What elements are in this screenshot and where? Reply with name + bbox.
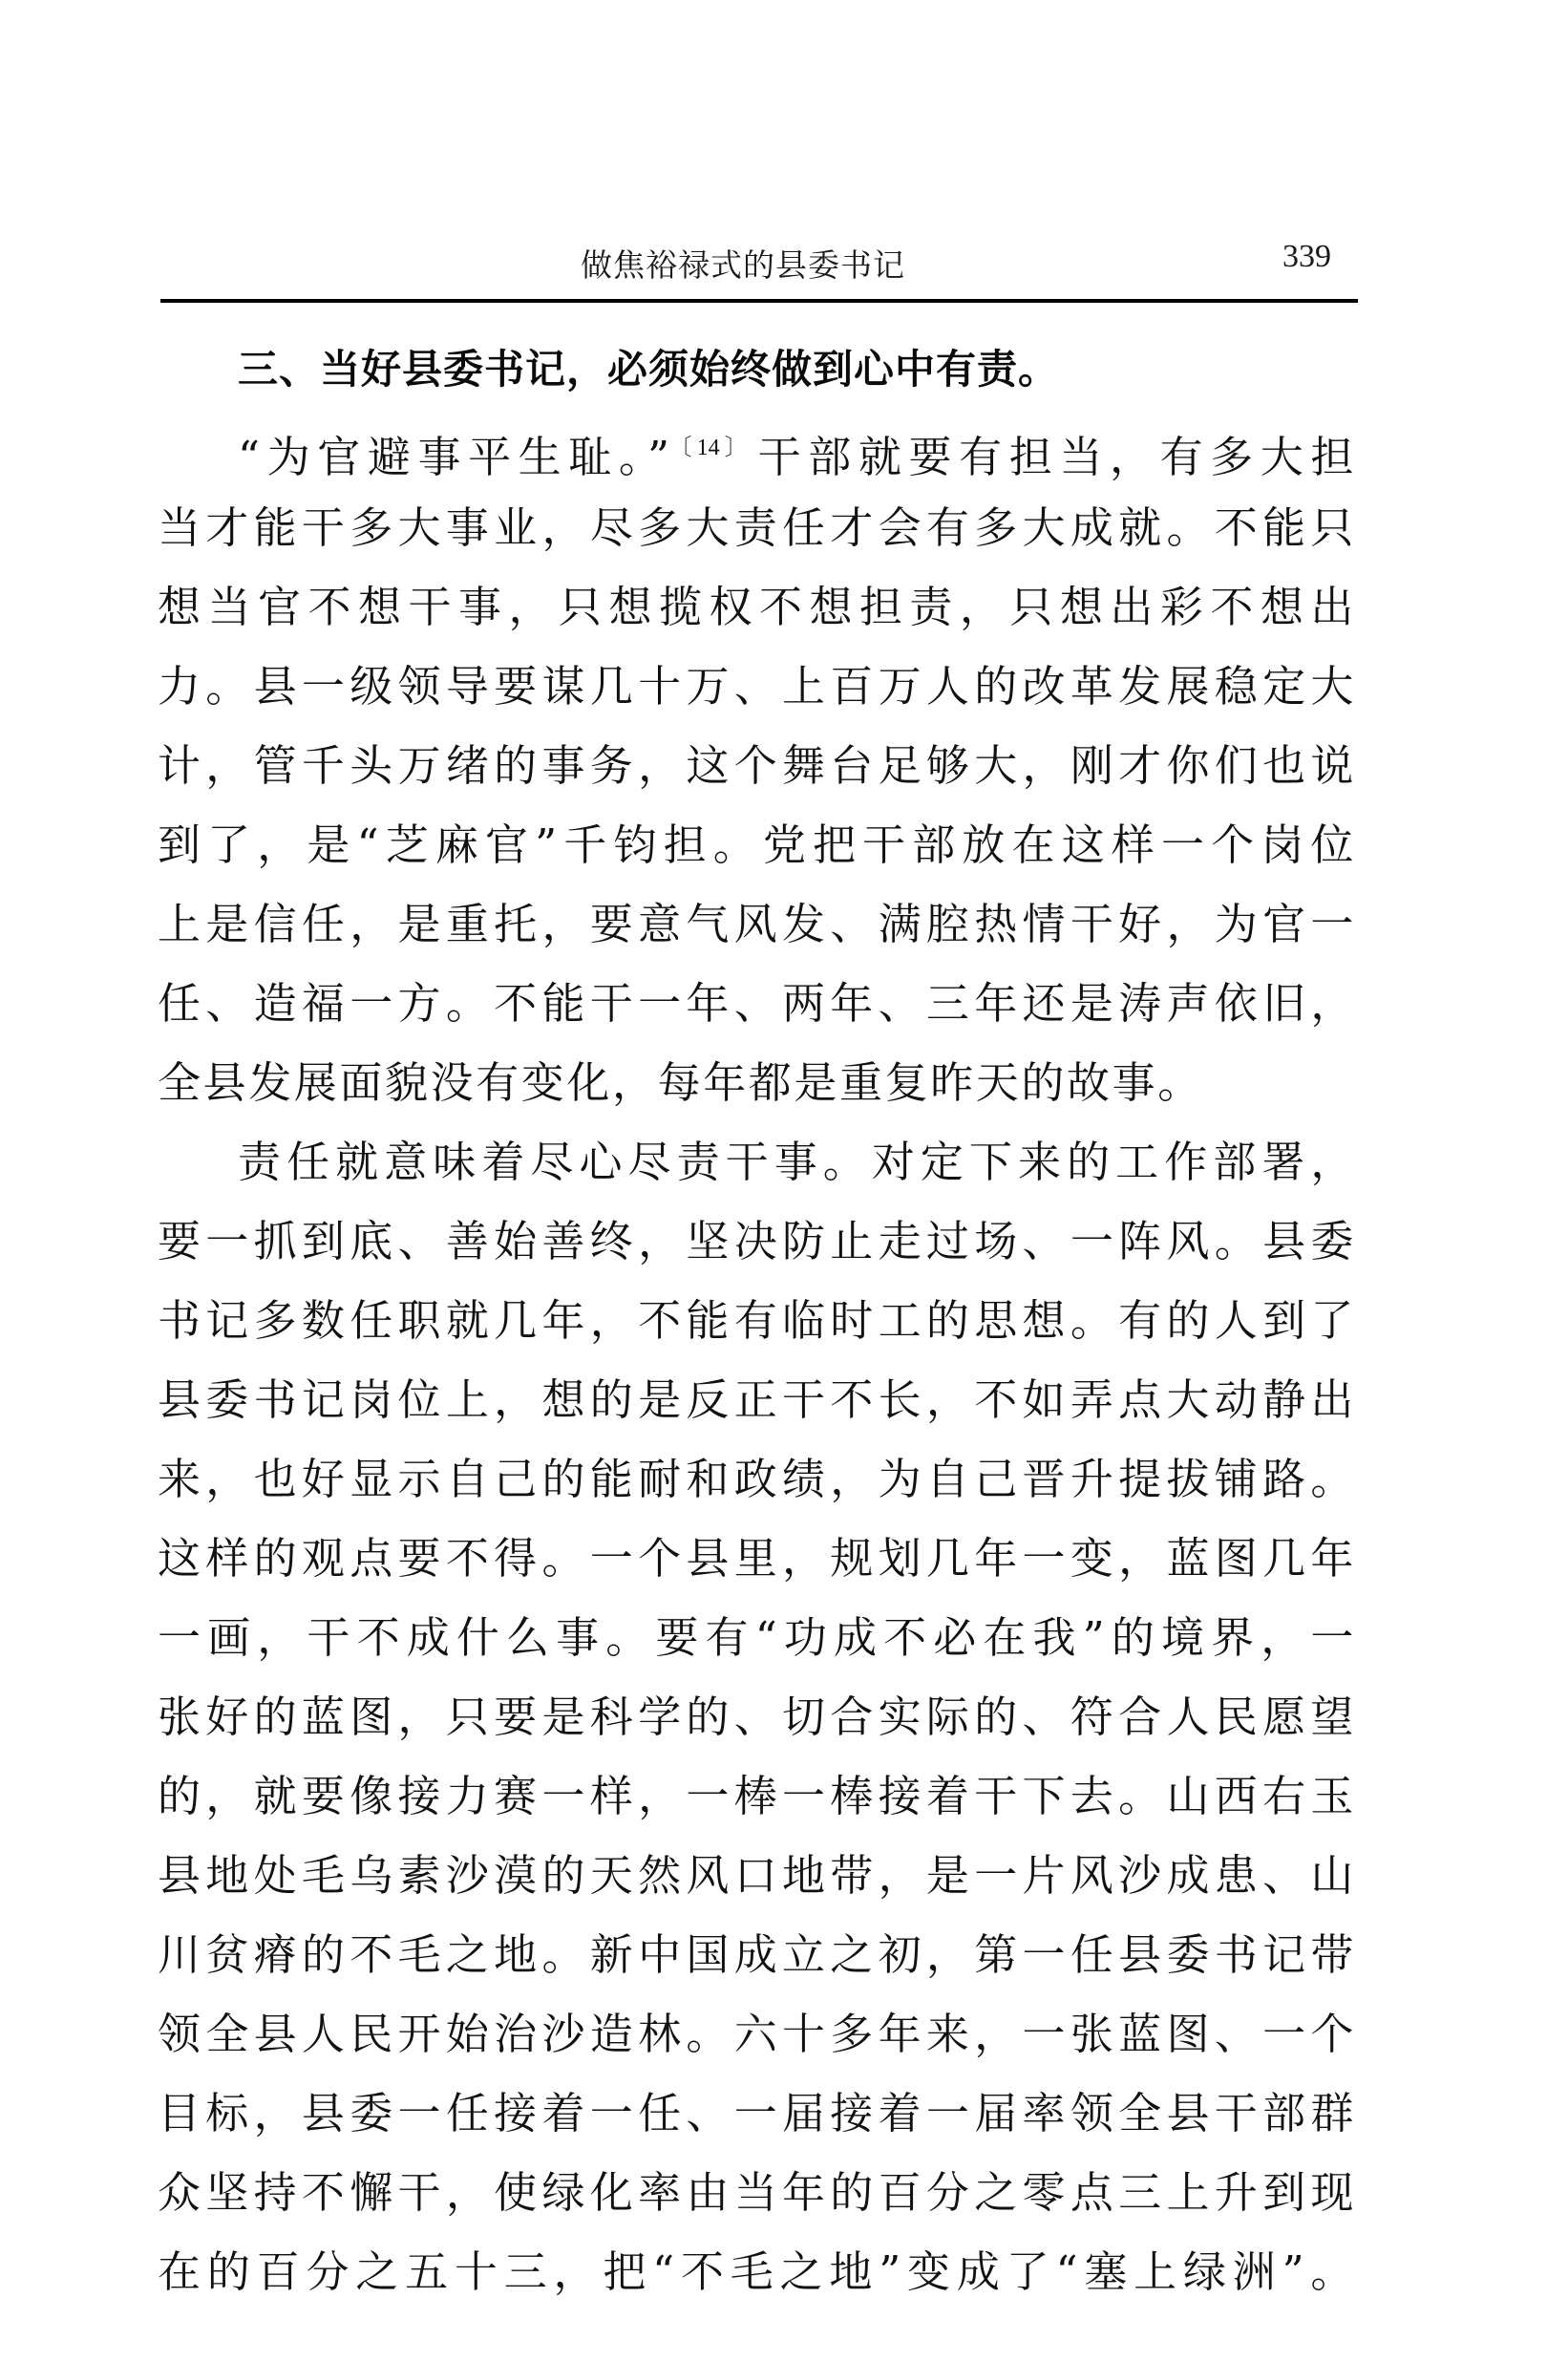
text-line: 张好的蓝图，只要是科学的、切合实际的、符合人民愿望 <box>158 1677 1356 1756</box>
text-line: 力。县一级领导要谋几十万、上百万人的改革发展稳定大 <box>158 647 1356 726</box>
section-heading: 三、当好县委书记，必须始终做到心中有责。 <box>158 330 1356 409</box>
text-line: 众坚持不懈干，使绿化率由当年的百分之零点三上升到现 <box>158 2153 1356 2232</box>
text-line: 的，就要像接力赛一样，一棒一棒接着干下去。山西右玉 <box>158 1756 1356 1836</box>
footnote-reference[interactable]: 〔14〕 <box>676 436 752 460</box>
text-line: 一画，干不成什么事。要有“功成不必在我”的境界，一 <box>158 1598 1356 1677</box>
text-line: 这样的观点要不得。一个县里，规划几年一变，蓝图几年 <box>158 1519 1356 1598</box>
text-line: 上是信任，是重托，要意气风发、满腔热情干好，为官一 <box>158 884 1356 964</box>
text-line: “为官避事平生耻。”〔14〕干部就要有担当，有多大担 <box>158 409 1356 488</box>
paragraph-1: “为官避事平生耻。”〔14〕干部就要有担当，有多大担 当才能干多大事业，尽多大责… <box>158 409 1356 1122</box>
text-line: 当才能干多大事业，尽多大责任才会有多大成就。不能只 <box>158 488 1356 567</box>
text-line: 责任就意味着尽心尽责干事。对定下来的工作部署， <box>158 1122 1356 1202</box>
text-span: 干部就要有担当，有多大担 <box>758 432 1356 482</box>
text-line: 要一抓到底、善始善终，坚决防止走过场、一阵风。县委 <box>158 1202 1356 1281</box>
text-line: 任、造福一方。不能干一年、两年、三年还是涛声依旧， <box>158 964 1356 1043</box>
text-line: 来，也好显示自己的能耐和政绩，为自己晋升提拔铺路。 <box>158 1439 1356 1519</box>
page-header: 做焦裕禄式的县委书记 339 <box>160 237 1358 294</box>
quote-text: “为官避事平生耻。” <box>238 432 672 482</box>
paragraph-2: 责任就意味着尽心尽责干事。对定下来的工作部署， 要一抓到底、善始善终，坚决防止走… <box>158 1122 1356 2311</box>
text-line: 想当官不想干事，只想揽权不想担责，只想出彩不想出 <box>158 567 1356 647</box>
text-line: 县地处毛乌素沙漠的天然风口地带，是一片风沙成患、山 <box>158 1836 1356 1915</box>
text-line: 计，管千头万绪的事务，这个舞台足够大，刚才你们也说 <box>158 726 1356 805</box>
running-title: 做焦裕禄式的县委书记 <box>581 241 905 286</box>
text-line: 全县发展面貌没有变化，每年都是重复昨天的故事。 <box>158 1043 1356 1122</box>
text-line: 在的百分之五十三，把“不毛之地”变成了“塞上绿洲”。 <box>158 2232 1356 2311</box>
text-line: 到了，是“芝麻官”千钧担。党把干部放在这样一个岗位 <box>158 805 1356 884</box>
text-line: 目标，县委一任接着一任、一届接着一届率领全县干部群 <box>158 2074 1356 2153</box>
text-line: 川贫瘠的不毛之地。新中国成立之初，第一任县委书记带 <box>158 1915 1356 1994</box>
body-text: 三、当好县委书记，必须始终做到心中有责。 “为官避事平生耻。”〔14〕干部就要有… <box>158 330 1356 2311</box>
text-line: 县委书记岗位上，想的是反正干不长，不如弄点大动静出 <box>158 1360 1356 1439</box>
text-line: 领全县人民开始治沙造林。六十多年来，一张蓝图、一个 <box>158 1994 1356 2074</box>
text-line: 书记多数任职就几年，不能有临时工的思想。有的人到了 <box>158 1281 1356 1360</box>
header-rule <box>160 299 1358 303</box>
page-number: 339 <box>1282 239 1331 275</box>
